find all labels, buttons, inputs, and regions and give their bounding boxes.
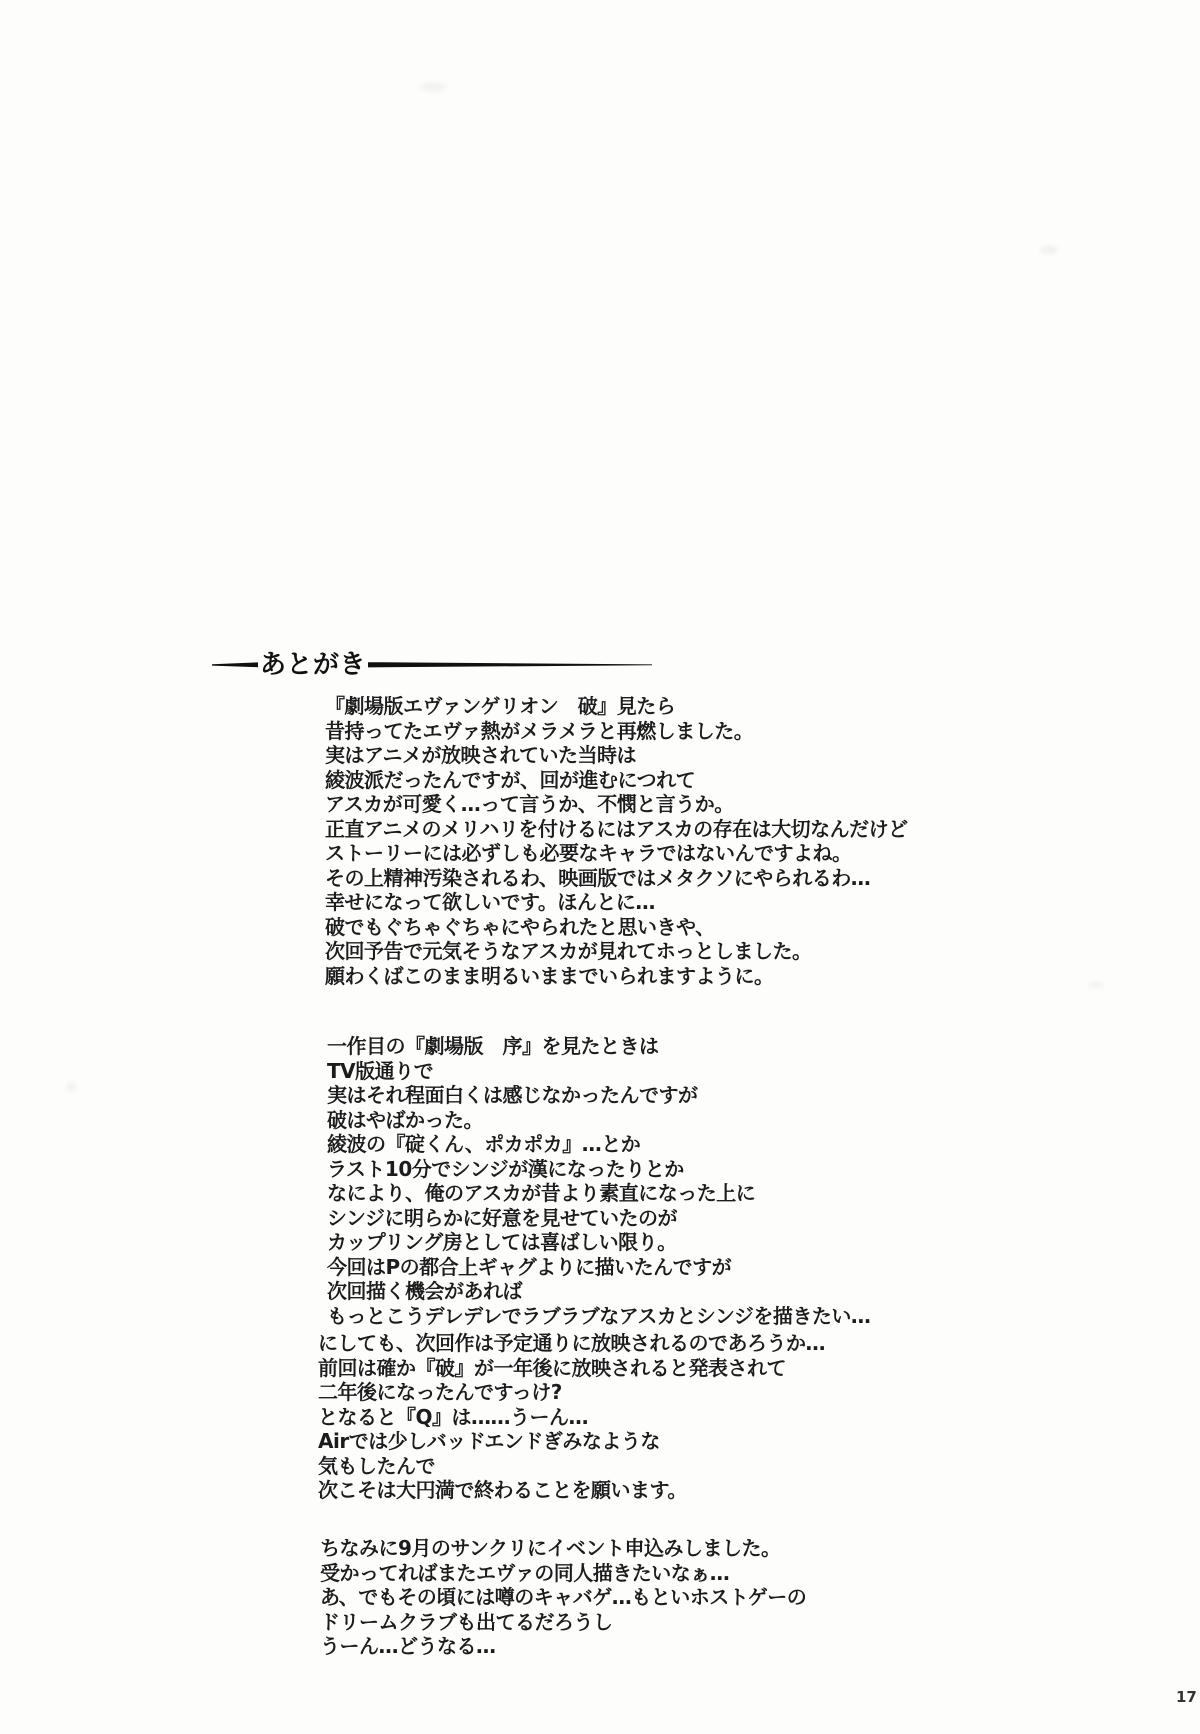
text-line: 実はアニメが放映されていた当時は: [325, 743, 908, 768]
page: あとがき 『劇場版エヴァンゲリオン 破』見たら昔持ってたエヴァ熱がメラメラと再燃…: [0, 0, 1200, 1734]
text-line: ラスト10分でシンジが漢になったりとか: [327, 1157, 870, 1182]
text-line: カップリング房としては喜ばしい限り。: [327, 1230, 870, 1255]
text-line: 昔持ってたエヴァ熱がメラメラと再燃しました。: [325, 719, 908, 744]
text-line: となると『Q』は……うーん…: [318, 1405, 825, 1430]
text-line: 一作目の『劇場版 序』を見たときは: [327, 1034, 870, 1059]
text-line: 幸せになって欲しいです。ほんとに…: [325, 890, 908, 915]
text-line: シンジに明らかに好意を見せていたのが: [327, 1206, 870, 1231]
text-line: 実はそれ程面白くは感じなかったんですが: [327, 1083, 870, 1108]
text-line: あ、でもその頃には噂のキャバゲ…もといホストゲーの: [320, 1585, 806, 1610]
header-rule-left-icon: [212, 661, 258, 669]
text-line: 今回はPの都合上ギャグよりに描いたんですが: [327, 1255, 870, 1280]
scan-artifact: [420, 82, 446, 92]
scan-artifact: [1088, 982, 1104, 988]
text-line: 願わくばこのまま明るいままでいられますように。: [325, 964, 908, 989]
text-line: 破でもぐちゃぐちゃにやられたと思いきや、: [325, 915, 908, 940]
text-line: TV版通りで: [327, 1059, 870, 1084]
scan-artifact: [1040, 246, 1058, 254]
scanned-afterword-page: { "header": { "title": "あとがき" }, "paragr…: [0, 0, 1200, 1734]
afterword-paragraph-2: 一作目の『劇場版 序』を見たときはTV版通りで実はそれ程面白くは感じなかったんで…: [327, 1034, 870, 1328]
text-line: 破はやばかった。: [327, 1108, 870, 1133]
text-line: ちなみに9月のサンクリにイベント申込みしました。: [320, 1536, 806, 1561]
afterword-paragraph-3: にしても、次回作は予定通りに放映されるのであろうか…前回は確か『破』が一年後に放…: [318, 1331, 825, 1503]
header-rule-right-icon: [368, 661, 652, 669]
text-line: 綾波派だったんですが、回が進むにつれて: [325, 768, 908, 793]
text-line: 『劇場版エヴァンゲリオン 破』見たら: [325, 694, 908, 719]
text-line: なにより、俺のアスカが昔より素直になった上に: [327, 1181, 870, 1206]
text-line: 次回描く機会があれば: [327, 1279, 870, 1304]
afterword-paragraph-4: ちなみに9月のサンクリにイベント申込みしました。受かってればまたエヴァの同人描き…: [320, 1536, 806, 1659]
text-line: 二年後になったんですっけ?: [318, 1380, 825, 1405]
text-line: もっとこうデレデレでラブラブなアスカとシンジを描きたい…: [327, 1304, 870, 1329]
text-line: 受かってればまたエヴァの同人描きたいなぁ…: [320, 1561, 806, 1586]
text-line: 正直アニメのメリハリを付けるにはアスカの存在は大切なんだけど: [325, 817, 908, 842]
text-line: 気もしたんで: [318, 1454, 825, 1479]
afterword-paragraph-1: 『劇場版エヴァンゲリオン 破』見たら昔持ってたエヴァ熱がメラメラと再燃しました。…: [325, 694, 908, 988]
text-line: 綾波の『碇くん、ポカポカ』…とか: [327, 1132, 870, 1157]
text-line: 次こそは大円満で終わることを願います。: [318, 1478, 825, 1503]
text-line: 次回予告で元気そうなアスカが見れてホっとしました。: [325, 939, 908, 964]
text-line: その上精神汚染されるわ、映画版ではメタクソにやられるわ…: [325, 866, 908, 891]
text-line: アスカが可愛く…って言うか、不憫と言うか。: [325, 792, 908, 817]
afterword-title: あとがき: [260, 651, 366, 679]
afterword-header: あとがき: [212, 651, 652, 679]
page-number: 17: [1176, 1688, 1197, 1706]
text-line: 前回は確か『破』が一年後に放映されると発表されて: [318, 1356, 825, 1381]
text-line: Airでは少しバッドエンドぎみなような: [318, 1429, 825, 1454]
text-line: うーん…どうなる…: [320, 1634, 806, 1659]
text-line: ストーリーには必ずしも必要なキャラではないんですよね。: [325, 841, 908, 866]
text-line: にしても、次回作は予定通りに放映されるのであろうか…: [318, 1331, 825, 1356]
scan-artifact: [66, 1082, 76, 1092]
text-line: ドリームクラブも出てるだろうし: [320, 1610, 806, 1635]
